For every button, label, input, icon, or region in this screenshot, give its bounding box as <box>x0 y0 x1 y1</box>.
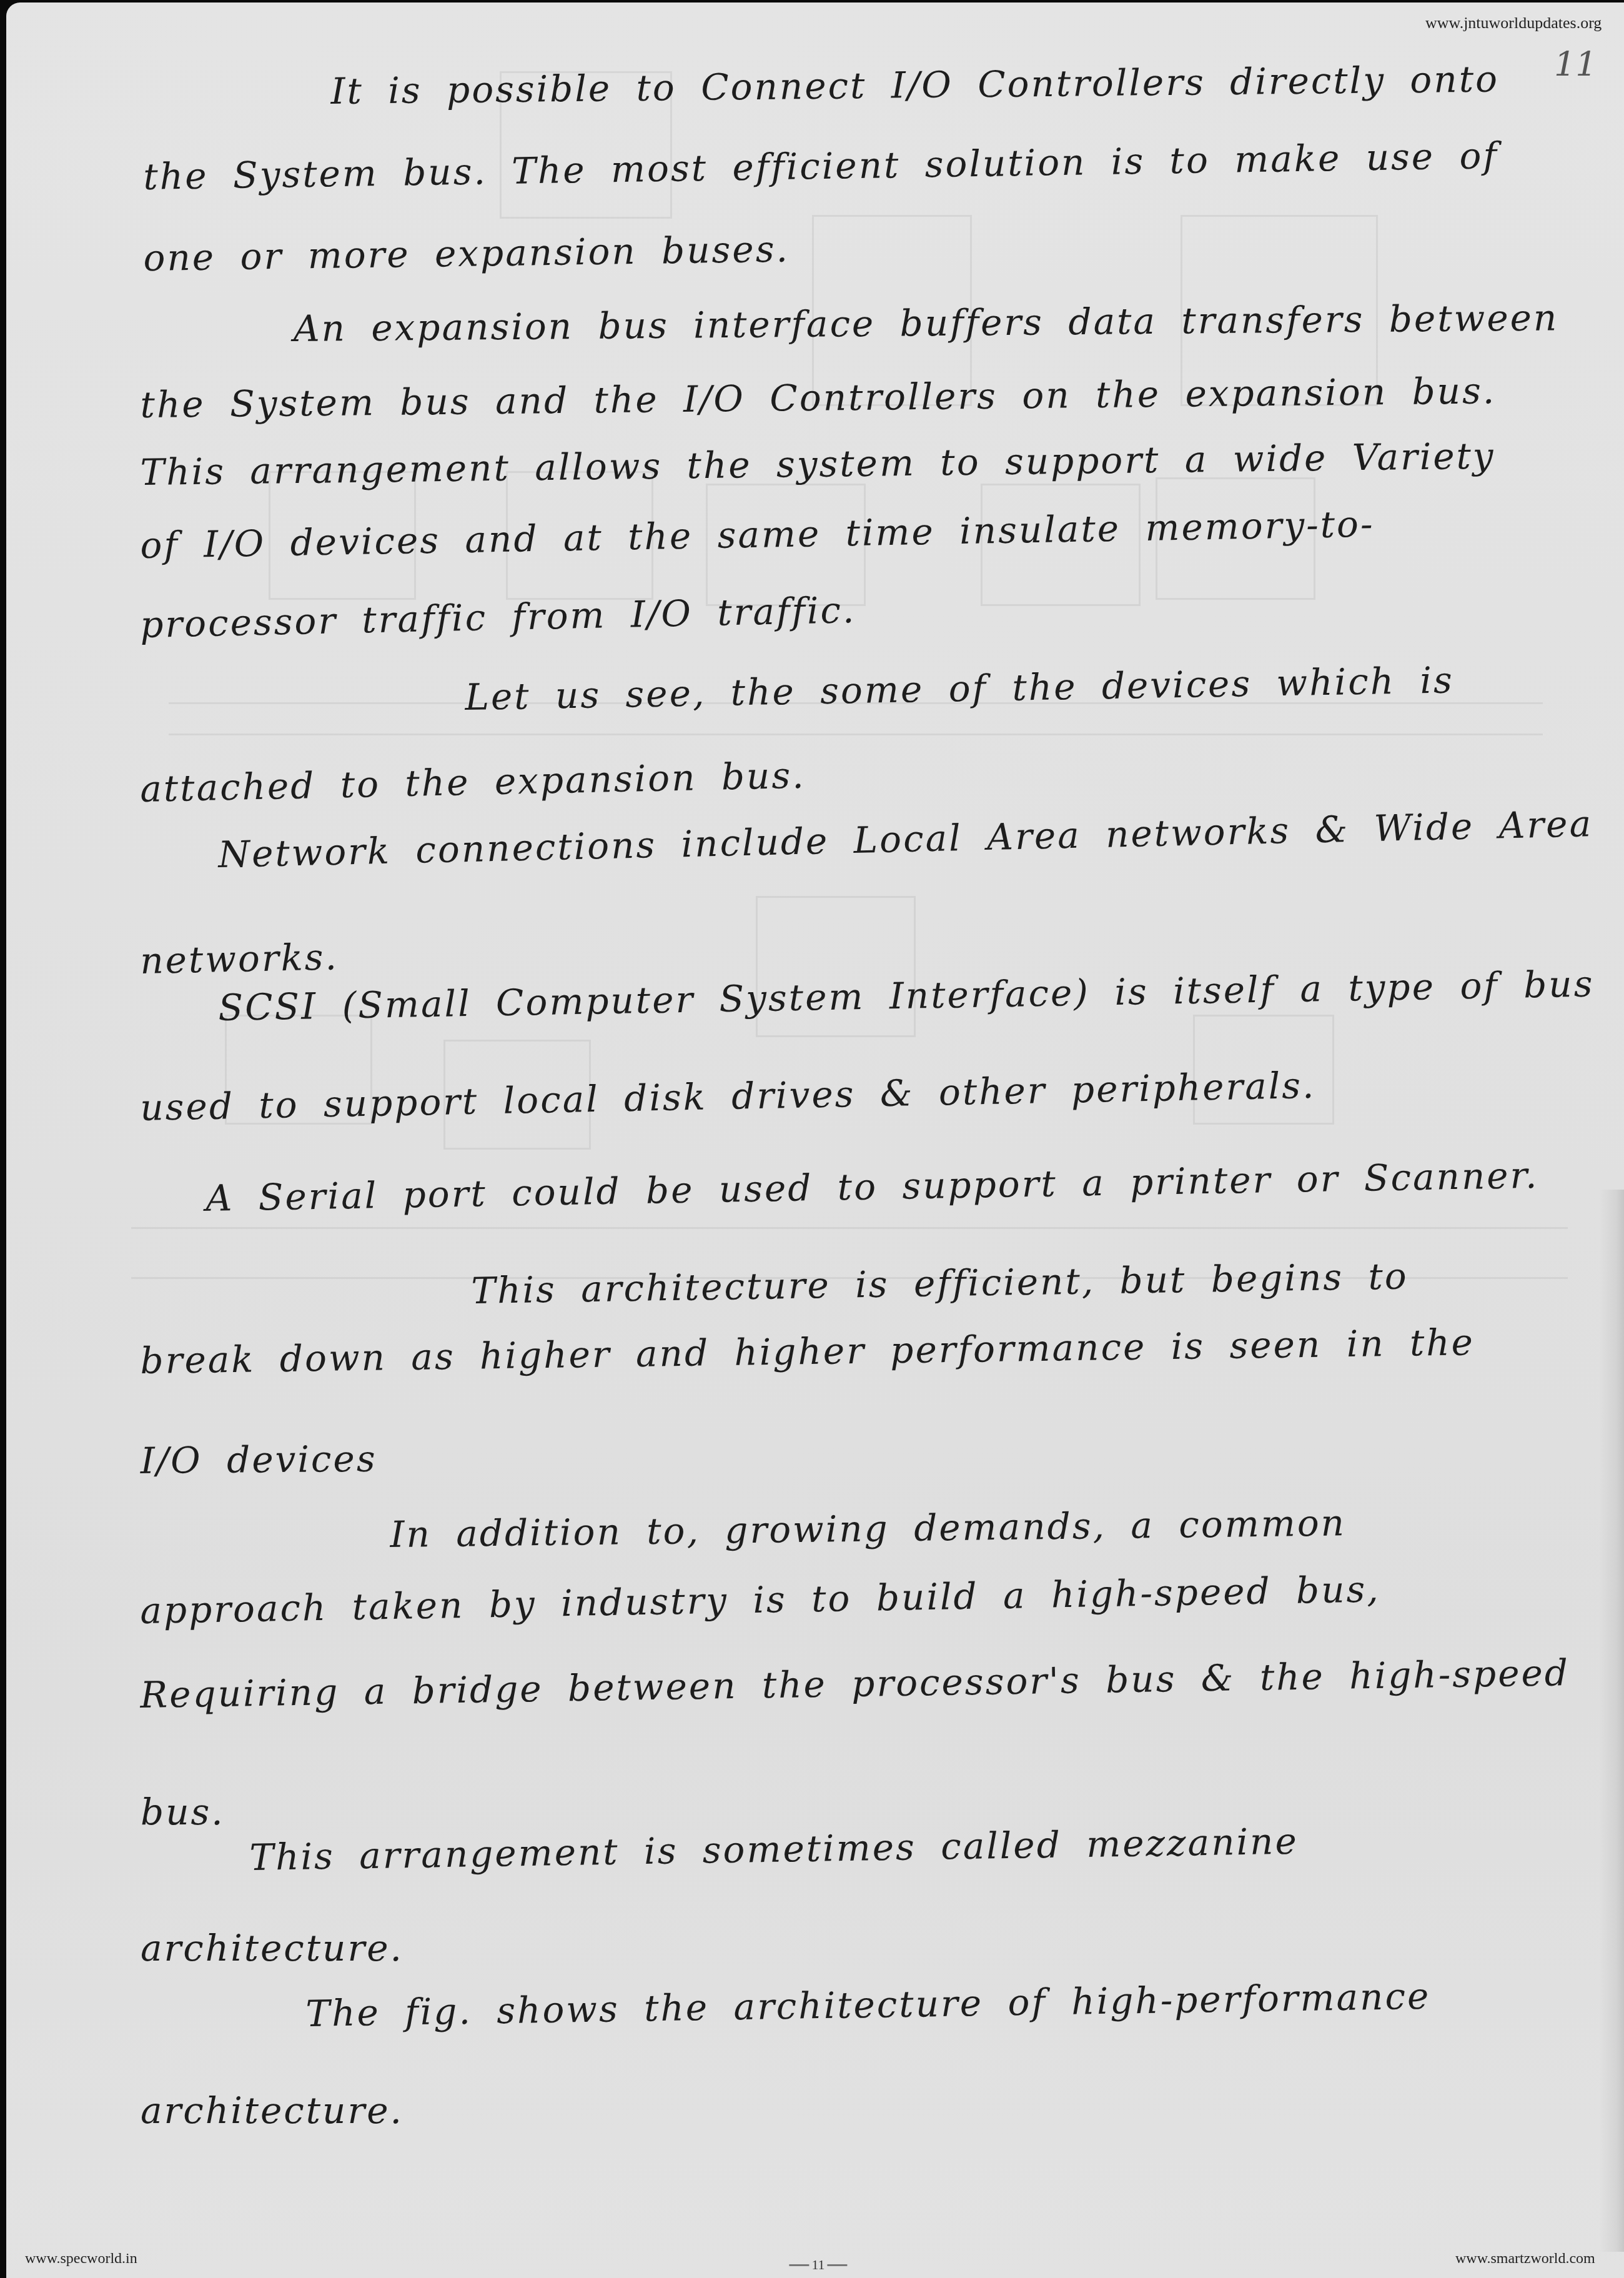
text-line: one or more expansion buses. <box>143 228 790 279</box>
text-line: This arrangement is sometimes called mez… <box>249 1820 1299 1879</box>
text-line: break down as higher and higher performa… <box>140 1321 1475 1382</box>
text-line: approach taken by industry is to build a… <box>140 1568 1380 1632</box>
text-line: architecture. <box>141 2089 404 2132</box>
scanned-page: www.jntuworldupdates.org 11 It is possib… <box>6 2 1624 2278</box>
text-line: Requiring a bridge between the processor… <box>140 1651 1570 1716</box>
divider <box>789 2264 809 2266</box>
watermark-bottom-left: www.specworld.in <box>25 2251 137 2267</box>
text-line: architecture. <box>141 1927 404 1969</box>
text-line: bus. <box>141 1791 225 1833</box>
text-line: I/O devices <box>140 1438 377 1482</box>
watermark-top-right: www.jntuworldupdates.org <box>1425 14 1602 32</box>
handwritten-page-number: 11 <box>1554 45 1597 84</box>
text-line: networks. <box>140 935 339 982</box>
footer-page-number: 11 <box>789 2257 847 2273</box>
watermark-bottom-right: www.smartzworld.com <box>1455 2251 1595 2267</box>
text-line: the System bus. The most efficient solut… <box>143 134 1498 198</box>
text-line: processor traffic from I/O traffic. <box>140 589 856 646</box>
page-edge-shadow <box>1599 1190 1624 2252</box>
text-line: This architecture is efficient, but begi… <box>471 1255 1409 1312</box>
text-line: Let us see, the some of the devices whic… <box>465 659 1454 719</box>
text-line: It is possible to Connect I/O Controller… <box>330 57 1499 112</box>
text-line: The fig. shows the architecture of high-… <box>305 1975 1431 2035</box>
bleed-through-bus <box>131 1227 1568 1229</box>
text-line: In addition to, growing demands, a commo… <box>390 1501 1346 1556</box>
footer-page-number-text: 11 <box>811 2257 824 2273</box>
divider <box>828 2264 848 2266</box>
bleed-through-bus <box>169 734 1543 735</box>
text-line: Network connections include Local Area n… <box>217 802 1593 876</box>
text-line: attached to the expansion bus. <box>140 754 806 810</box>
text-line: A Serial port could be used to support a… <box>205 1154 1539 1220</box>
text-line: the System bus and the I/O Controllers o… <box>140 369 1496 426</box>
